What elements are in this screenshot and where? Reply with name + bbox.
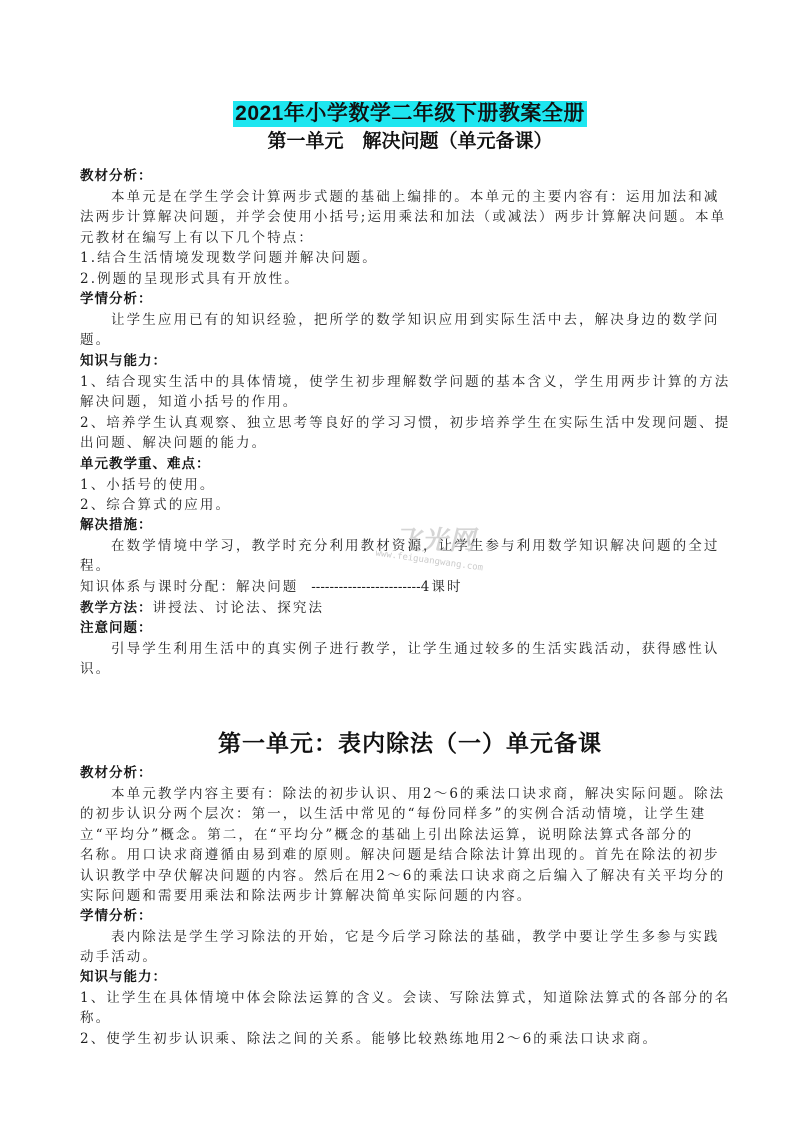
schedule-dashes: ------------------------ xyxy=(311,579,420,595)
list-item: 2、培养学生认真观察、独立思考等良好的学习习惯，初步培养学生在实际生活中发现问题… xyxy=(80,413,740,434)
section-heading: 知识与能力： xyxy=(80,967,740,988)
methods-value: 讲授法、讨论法、探究法 xyxy=(153,600,325,616)
methods-line: 教学方法：讲授法、讨论法、探究法 xyxy=(80,598,740,619)
section-heading: 注意问题： xyxy=(80,618,740,639)
section-heading: 学情分析： xyxy=(80,289,740,310)
text-line: 的初步认识分两个层次：第一，以生活中常见的“每份同样多”的实例合活动情境，让学生… xyxy=(80,804,740,825)
text-line: 法两步计算解决问题，并学会使用小括号;运用乘法和加法（或减法）两步计算解决问题。… xyxy=(80,207,740,228)
text-line: 题。 xyxy=(80,330,740,351)
text-line: 引导学生利用生活中的真实例子进行教学，让学生通过较多的生活实践活动，获得感性认 xyxy=(80,639,740,660)
text-line: 本单元是在学生学会计算两步式题的基础上编排的。本单元的主要内容有：运用加法和减 xyxy=(80,187,740,208)
section-heading: 学情分析： xyxy=(80,906,740,927)
section-heading: 解决措施： xyxy=(80,515,740,536)
text-line: 在数学情境中学习，教学时充分利用教材资源，让学生参与利用数学知识解决问题的全过 xyxy=(80,536,740,557)
list-item: 1.结合生活情境发现数学问题并解决问题。 xyxy=(80,248,740,269)
unit1-measures: 解决措施： 在数学情境中学习，教学时充分利用教材资源，让学生参与利用数学知识解决… xyxy=(80,515,740,577)
schedule-line: 知识体系与课时分配：解决问题 ------------------------4… xyxy=(80,577,740,598)
text-line: 元教材在编写上有以下几个特点： xyxy=(80,228,740,249)
unit2-material-analysis: 教材分析： 本单元教学内容主要有：除法的初步认识、用2～6的乘法口诀求商，解决实… xyxy=(80,763,740,907)
section-heading: 知识与能力： xyxy=(80,351,740,372)
schedule-label: 知识体系与课时分配：解决问题 xyxy=(80,579,298,595)
unit1-title: 第一单元 解决问题（单元备课） xyxy=(80,129,740,155)
unit1-knowledge-ability: 知识与能力： 1、结合现实生活中的具体情境，使学生初步理解数学问题的基本含义，学… xyxy=(80,351,740,454)
text-line: 立“平均分”概念。第二，在“平均分”概念的基础上引出除法运算，说明除法算式各部分… xyxy=(80,825,740,846)
document-title: 2021年小学数学二年级下册教案全册 xyxy=(233,101,587,127)
text-line: 识。 xyxy=(80,659,740,680)
unit1-student-analysis: 学情分析： 让学生应用已有的知识经验，把所学的数学知识应用到实际生活中去，解决身… xyxy=(80,289,740,351)
section-heading: 教材分析： xyxy=(80,763,740,784)
text-line: 动手活动。 xyxy=(80,947,740,968)
unit1-notes: 注意问题： 引导学生利用生活中的真实例子进行教学，让学生通过较多的生活实践活动，… xyxy=(80,618,740,680)
list-item: 2、使学生初步认识乘、除法之间的关系。能够比较熟练地用2～6的乘法口诀求商。 xyxy=(80,1029,740,1050)
text-line: 出问题、解决问题的能力。 xyxy=(80,433,740,454)
text-line: 让学生应用已有的知识经验，把所学的数学知识应用到实际生活中去，解决身边的数学问 xyxy=(80,310,740,331)
section-heading: 单元教学重、难点： xyxy=(80,454,740,475)
section-heading: 教材分析： xyxy=(80,166,740,187)
text-line: 称。 xyxy=(80,1008,740,1029)
unit1-schedule: 知识体系与课时分配：解决问题 ------------------------4… xyxy=(80,577,740,598)
list-item: 1、让学生在具体情境中体会除法运算的含义。会读、写除法算式，知道除法算式的各部分… xyxy=(80,988,740,1009)
unit1-key-points: 单元教学重、难点： 1、小括号的使用。 2、综合算式的应用。 xyxy=(80,454,740,516)
list-item: 2、综合算式的应用。 xyxy=(80,495,740,516)
text-line: 程。 xyxy=(80,556,740,577)
text-line: 本单元教学内容主要有：除法的初步认识、用2～6的乘法口诀求商，解决实际问题。除法 xyxy=(80,784,740,805)
text-line: 实际问题和需要用乘法和除法两步计算解决简单实际问题的内容。 xyxy=(80,886,740,907)
text-line: 名称。用口诀求商遵循由易到难的原则。解决问题是结合除法计算出现的。首先在除法的初… xyxy=(80,845,740,866)
unit2-knowledge-ability: 知识与能力： 1、让学生在具体情境中体会除法运算的含义。会读、写除法算式，知道除… xyxy=(80,967,740,1049)
text-line: 认识教学中孕伏解决问题的内容。然后在用2～6的乘法口诀求商之后编入了解决有关平均… xyxy=(80,866,740,887)
text-line: 解决问题，知道小括号的作用。 xyxy=(80,392,740,413)
methods-label: 教学方法： xyxy=(80,600,153,616)
list-item: 1、结合现实生活中的具体情境，使学生初步理解数学问题的基本含义，学生用两步计算的… xyxy=(80,372,740,393)
unit1-material-analysis: 教材分析： 本单元是在学生学会计算两步式题的基础上编排的。本单元的主要内容有：运… xyxy=(80,166,740,289)
unit1-methods: 教学方法：讲授法、讨论法、探究法 xyxy=(80,598,740,619)
text-line: 表内除法是学生学习除法的开始，它是今后学习除法的基础，教学中要让学生多参与实践 xyxy=(80,927,740,948)
schedule-value: 4课时 xyxy=(421,579,463,595)
list-item: 1、小括号的使用。 xyxy=(80,475,740,496)
document-title-wrap: 2021年小学数学二年级下册教案全册 xyxy=(80,101,740,127)
unit2-student-analysis: 学情分析： 表内除法是学生学习除法的开始，它是今后学习除法的基础，教学中要让学生… xyxy=(80,906,740,968)
list-item: 2.例题的呈现形式具有开放性。 xyxy=(80,269,740,290)
unit2-title: 第一单元：表内除法（一）单元备课 xyxy=(80,727,740,759)
